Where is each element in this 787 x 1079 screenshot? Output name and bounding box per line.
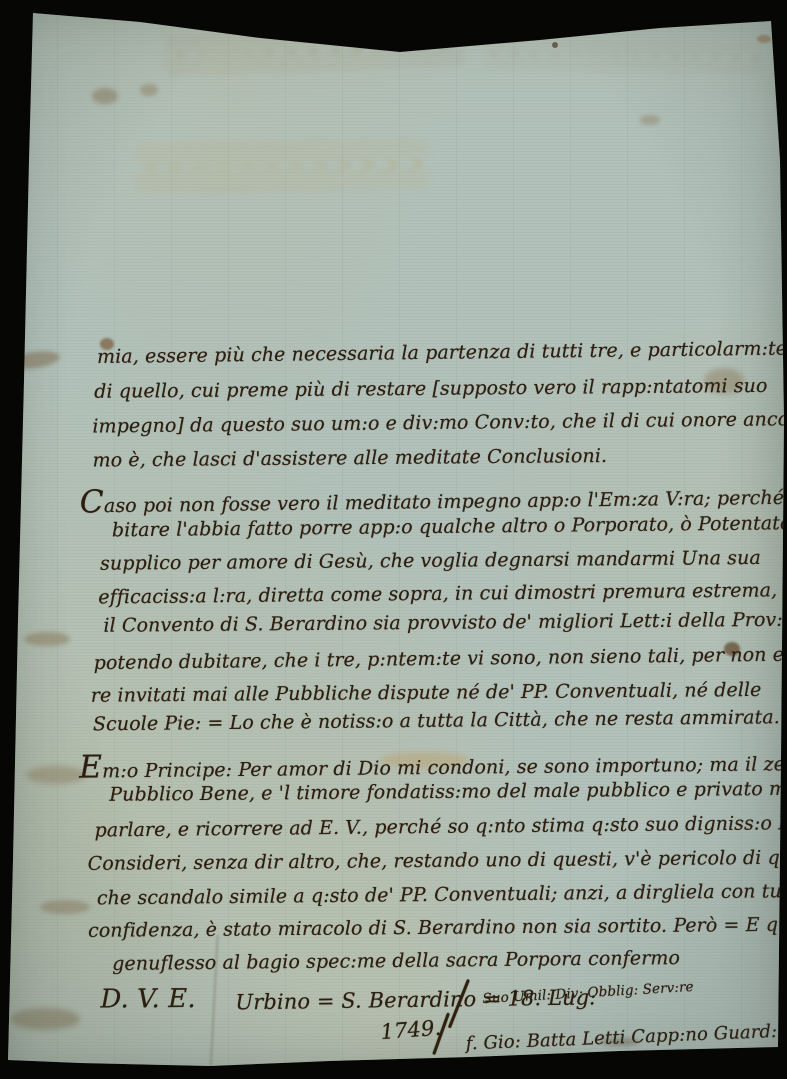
manuscript-line: impegno] da questo suo um:o e div:mo Con…: [92, 408, 787, 438]
manuscript-line: il Convento di S. Berardino sia provvist…: [103, 609, 787, 637]
manuscript-line: efficaciss:a l:ra, diretta come sopra, i…: [98, 579, 787, 609]
manuscript-paper: mia, essere più che necessaria la parten…: [0, 0, 787, 1079]
manuscript-line: genuflesso al bagio spec:me della sacra …: [112, 947, 680, 975]
manuscript-line: che scandalo simile a q:sto de' PP. Conv…: [97, 880, 787, 909]
scanned-document: mia, essere più che necessaria la parten…: [0, 0, 787, 1079]
manuscript-line: supplico per amore di Gesù, che voglia d…: [100, 547, 761, 575]
letter-body: mia, essere più che necessaria la parten…: [0, 0, 787, 1079]
valediction: D. V. E.: [100, 984, 195, 1014]
stain: [350, 30, 360, 38]
manuscript-line: confidenza, è stato miracolo di S. Berar…: [88, 914, 787, 942]
manuscript-line: potendo dubitare, che i tre, p:ntem:te v…: [94, 643, 787, 674]
year: 1749.: [380, 1016, 442, 1044]
manuscript-line: parlare, e ricorrere ad E. V., perché so…: [94, 812, 787, 842]
signature: f. Gio: Batta Letti Capp:no Guard:no: [465, 1020, 787, 1054]
manuscript-line: mia, essere più che necessaria la parten…: [97, 338, 787, 368]
manuscript-line: di quello, cui preme più di restare [sup…: [94, 375, 767, 403]
stain: [282, 2, 322, 16]
manuscript-line: Consideri, senza dir altro, che, restand…: [88, 847, 787, 875]
manuscript-line: mo è, che lasci d'assistere alle meditat…: [92, 445, 607, 471]
manuscript-line: re invitati mai alle Pubbliche dispute n…: [91, 679, 762, 707]
manuscript-line: Scuole Pie: = Lo che è notiss:o a tutta …: [93, 706, 780, 735]
